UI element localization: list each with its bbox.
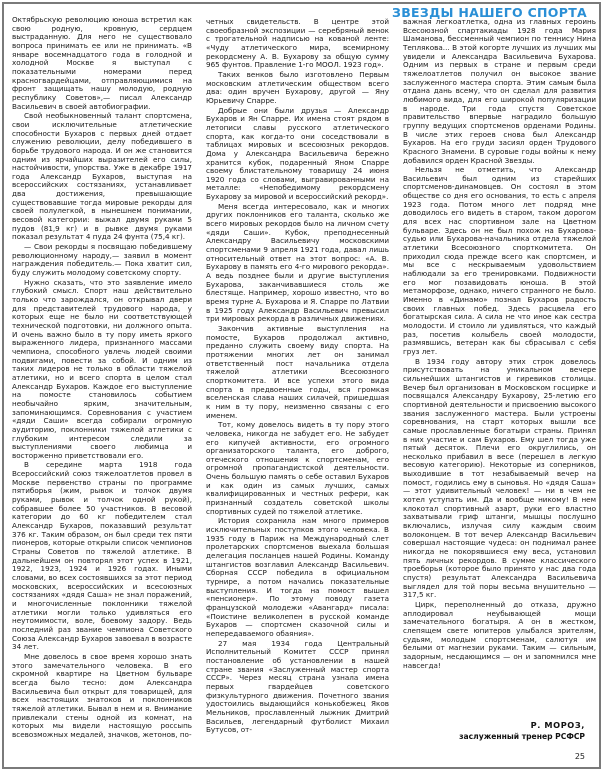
paragraph: Тот, кому довелось видеть в ту пору этог… xyxy=(206,421,389,516)
paragraph: Мне довелось в свое время хорошо знать э… xyxy=(12,653,192,740)
paragraph: Цирк, переполненный до отказа, дружно ап… xyxy=(403,601,596,670)
paragraph: четных свидетельств. В центре этой своео… xyxy=(206,18,389,70)
paragraph: Нужно сказать, что это заявление имело г… xyxy=(12,279,192,461)
paragraph: Октябрьскую революцию юноша встретил как… xyxy=(12,16,192,111)
paragraph: 27 мая 1934 года Центральный Исполнитель… xyxy=(206,640,389,735)
author-title: заслуженный тренер РСФСР xyxy=(459,731,585,742)
page-number: 25 xyxy=(575,752,585,761)
article-column-1: Октябрьскую революцию юноша встретил как… xyxy=(12,16,192,740)
paragraph: важная легкоатлетка, одна из главных гер… xyxy=(403,18,596,165)
author-name: Р. МОРОЗ, xyxy=(459,720,585,731)
paragraph: Меня всегда интересовало, как и многих д… xyxy=(206,203,389,324)
paragraph: — Свои рекорды я посвящаю победившему ре… xyxy=(12,243,192,278)
article-column-2: четных свидетельств. В центре этой своео… xyxy=(206,18,389,736)
article-column-3: важная легкоатлетка, одна из главных гер… xyxy=(403,18,596,671)
page-frame: ЗВЕЗДЫ НАШЕГО СПОРТА Октябрьскую революц… xyxy=(2,2,601,769)
paragraph: Нельзя не отметить, что Александр Василь… xyxy=(403,166,596,356)
paragraph: Таких венков было изготовлено Первым мос… xyxy=(206,71,389,106)
paragraph: История сохранила нам много примеров иск… xyxy=(206,517,389,638)
author-signature: Р. МОРОЗ, заслуженный тренер РСФСР xyxy=(459,720,585,742)
paragraph: В 1934 году автору этих строк довелось п… xyxy=(403,358,596,600)
paragraph: Свой необыкновенный талант спортсмена, с… xyxy=(12,112,192,242)
paragraph: Закончив активные выступления на помосте… xyxy=(206,325,389,420)
paragraph: В середине марта 1918 года Всероссийский… xyxy=(12,461,192,651)
paragraph: Добрые они были друзья — Александр Бухар… xyxy=(206,107,389,202)
